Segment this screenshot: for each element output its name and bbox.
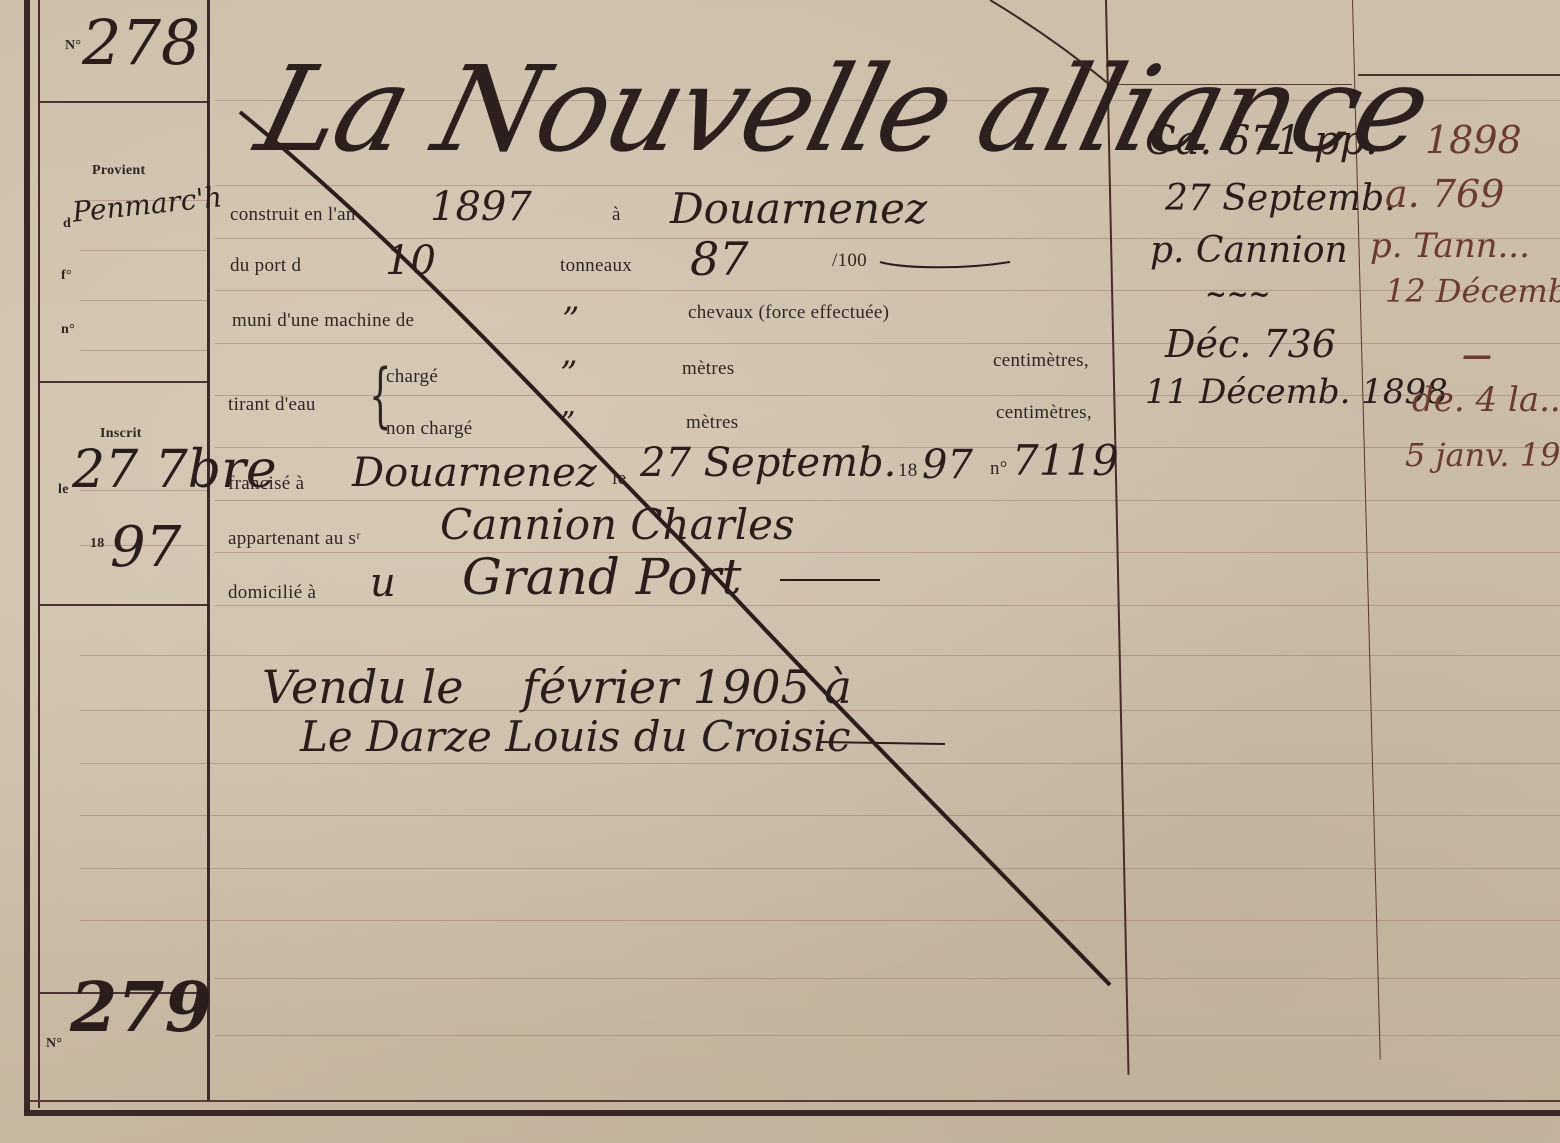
ledger-page: N° 278 Provient Penmarc'h d f° n° Inscri… <box>0 0 1560 1143</box>
construit-place: Douarnenez <box>670 184 927 233</box>
col4-line-5: — <box>1462 338 1492 373</box>
col3-line-1: Ca. 671 pp. <box>1145 118 1378 164</box>
col4-line-6: de. 4 la... <box>1412 380 1560 420</box>
bottom-border-thick <box>24 1110 1560 1116</box>
col4-line-4: 12 Décemb... <box>1385 272 1560 310</box>
non-charge-label: non chargé <box>386 418 473 440</box>
francise-label: francisé à <box>228 473 304 495</box>
sale-note-line-1: Vendu le février 1905 à <box>262 660 852 714</box>
metres-label-2: mètres <box>686 412 738 434</box>
francise-le-label: le <box>612 468 626 490</box>
left-col-sep-1 <box>40 101 207 103</box>
outer-border-left <box>24 0 30 1115</box>
domicile-ditto: u <box>370 560 396 606</box>
inscription-le-label: le <box>58 482 69 498</box>
construit-year: 1897 <box>430 184 532 230</box>
domicilie-label: domicilié à <box>228 582 316 604</box>
francise-no-label: n° <box>990 458 1008 480</box>
sale-note-line-2: Le Darze Louis du Croisic <box>300 712 851 761</box>
construit-a-label: à <box>612 204 621 226</box>
charge-value: ” <box>560 354 577 394</box>
charge-label: chargé <box>386 366 438 388</box>
left-col-sep-2 <box>40 381 207 383</box>
machine-value: ” <box>562 300 579 340</box>
col4-line-1: 1898 <box>1425 118 1522 162</box>
tonneaux-value: 87 <box>690 232 749 286</box>
chevaux-label: chevaux (force effectuée) <box>688 302 889 324</box>
owner-name: Cannion Charles <box>440 500 795 549</box>
francise-number: 7119 <box>1012 436 1119 485</box>
column-divider-1 <box>207 0 210 1100</box>
col4-line-2: a. 769 <box>1385 172 1504 216</box>
francise-year-suffix: 97 <box>922 442 973 488</box>
construit-label: construit en l'an <box>230 204 356 226</box>
francise-year-prefix: 18 <box>898 460 918 482</box>
provient-label: Provient <box>92 163 145 179</box>
col4-line-3: p. Tann... <box>1370 226 1530 266</box>
centimetres-label-1: centimètres, <box>993 350 1089 372</box>
col3-line-3: p. Cannion <box>1150 230 1348 271</box>
machine-label: muni d'une machine de <box>232 310 414 332</box>
tirant-label: tirant d'eau <box>228 394 316 416</box>
col4-line-7: 5 janv. 19... <box>1405 436 1560 474</box>
inscription-year-prefix: 18 <box>90 536 105 552</box>
appartenant-label: appartenant au sʳ <box>228 528 361 550</box>
entry-number-top: 278 <box>82 6 200 79</box>
inner-border-left <box>38 0 40 1108</box>
non-charge-value: ” <box>560 406 575 441</box>
bottom-border-thin <box>30 1100 1560 1102</box>
port-label: du port d <box>230 255 301 277</box>
provenance-sub-no: n° <box>61 322 75 338</box>
entry-no-label-top: N° <box>65 38 81 54</box>
francise-place: Douarnenez <box>352 450 597 496</box>
port-value: 10 <box>385 238 436 284</box>
per-100-label: /100 <box>832 250 867 272</box>
col3-line-4: ~~~ <box>1205 280 1270 310</box>
left-col-sep-3 <box>40 604 207 606</box>
provenance-sub-folio: f° <box>61 268 72 284</box>
centimetres-label-2: centimètres, <box>996 402 1092 424</box>
provenance-value: Penmarc'h <box>71 180 224 229</box>
metres-label-1: mètres <box>682 358 734 380</box>
entry-number-bottom: 279 <box>70 968 212 1048</box>
entry-no-label-bottom: N° <box>46 1036 62 1052</box>
col3-line-5: Déc. 736 <box>1165 322 1336 366</box>
col3-line-2: 27 Septemb. <box>1165 178 1396 219</box>
domicile-place: Grand Port <box>462 548 741 606</box>
col3-line-6: 11 Décemb. 1898 <box>1145 372 1448 412</box>
provenance-sub-d: d <box>63 216 71 232</box>
tonneaux-label: tonneaux <box>560 255 632 277</box>
inscription-year-suffix: 97 <box>110 515 181 580</box>
francise-date: 27 Septemb. <box>640 440 896 486</box>
